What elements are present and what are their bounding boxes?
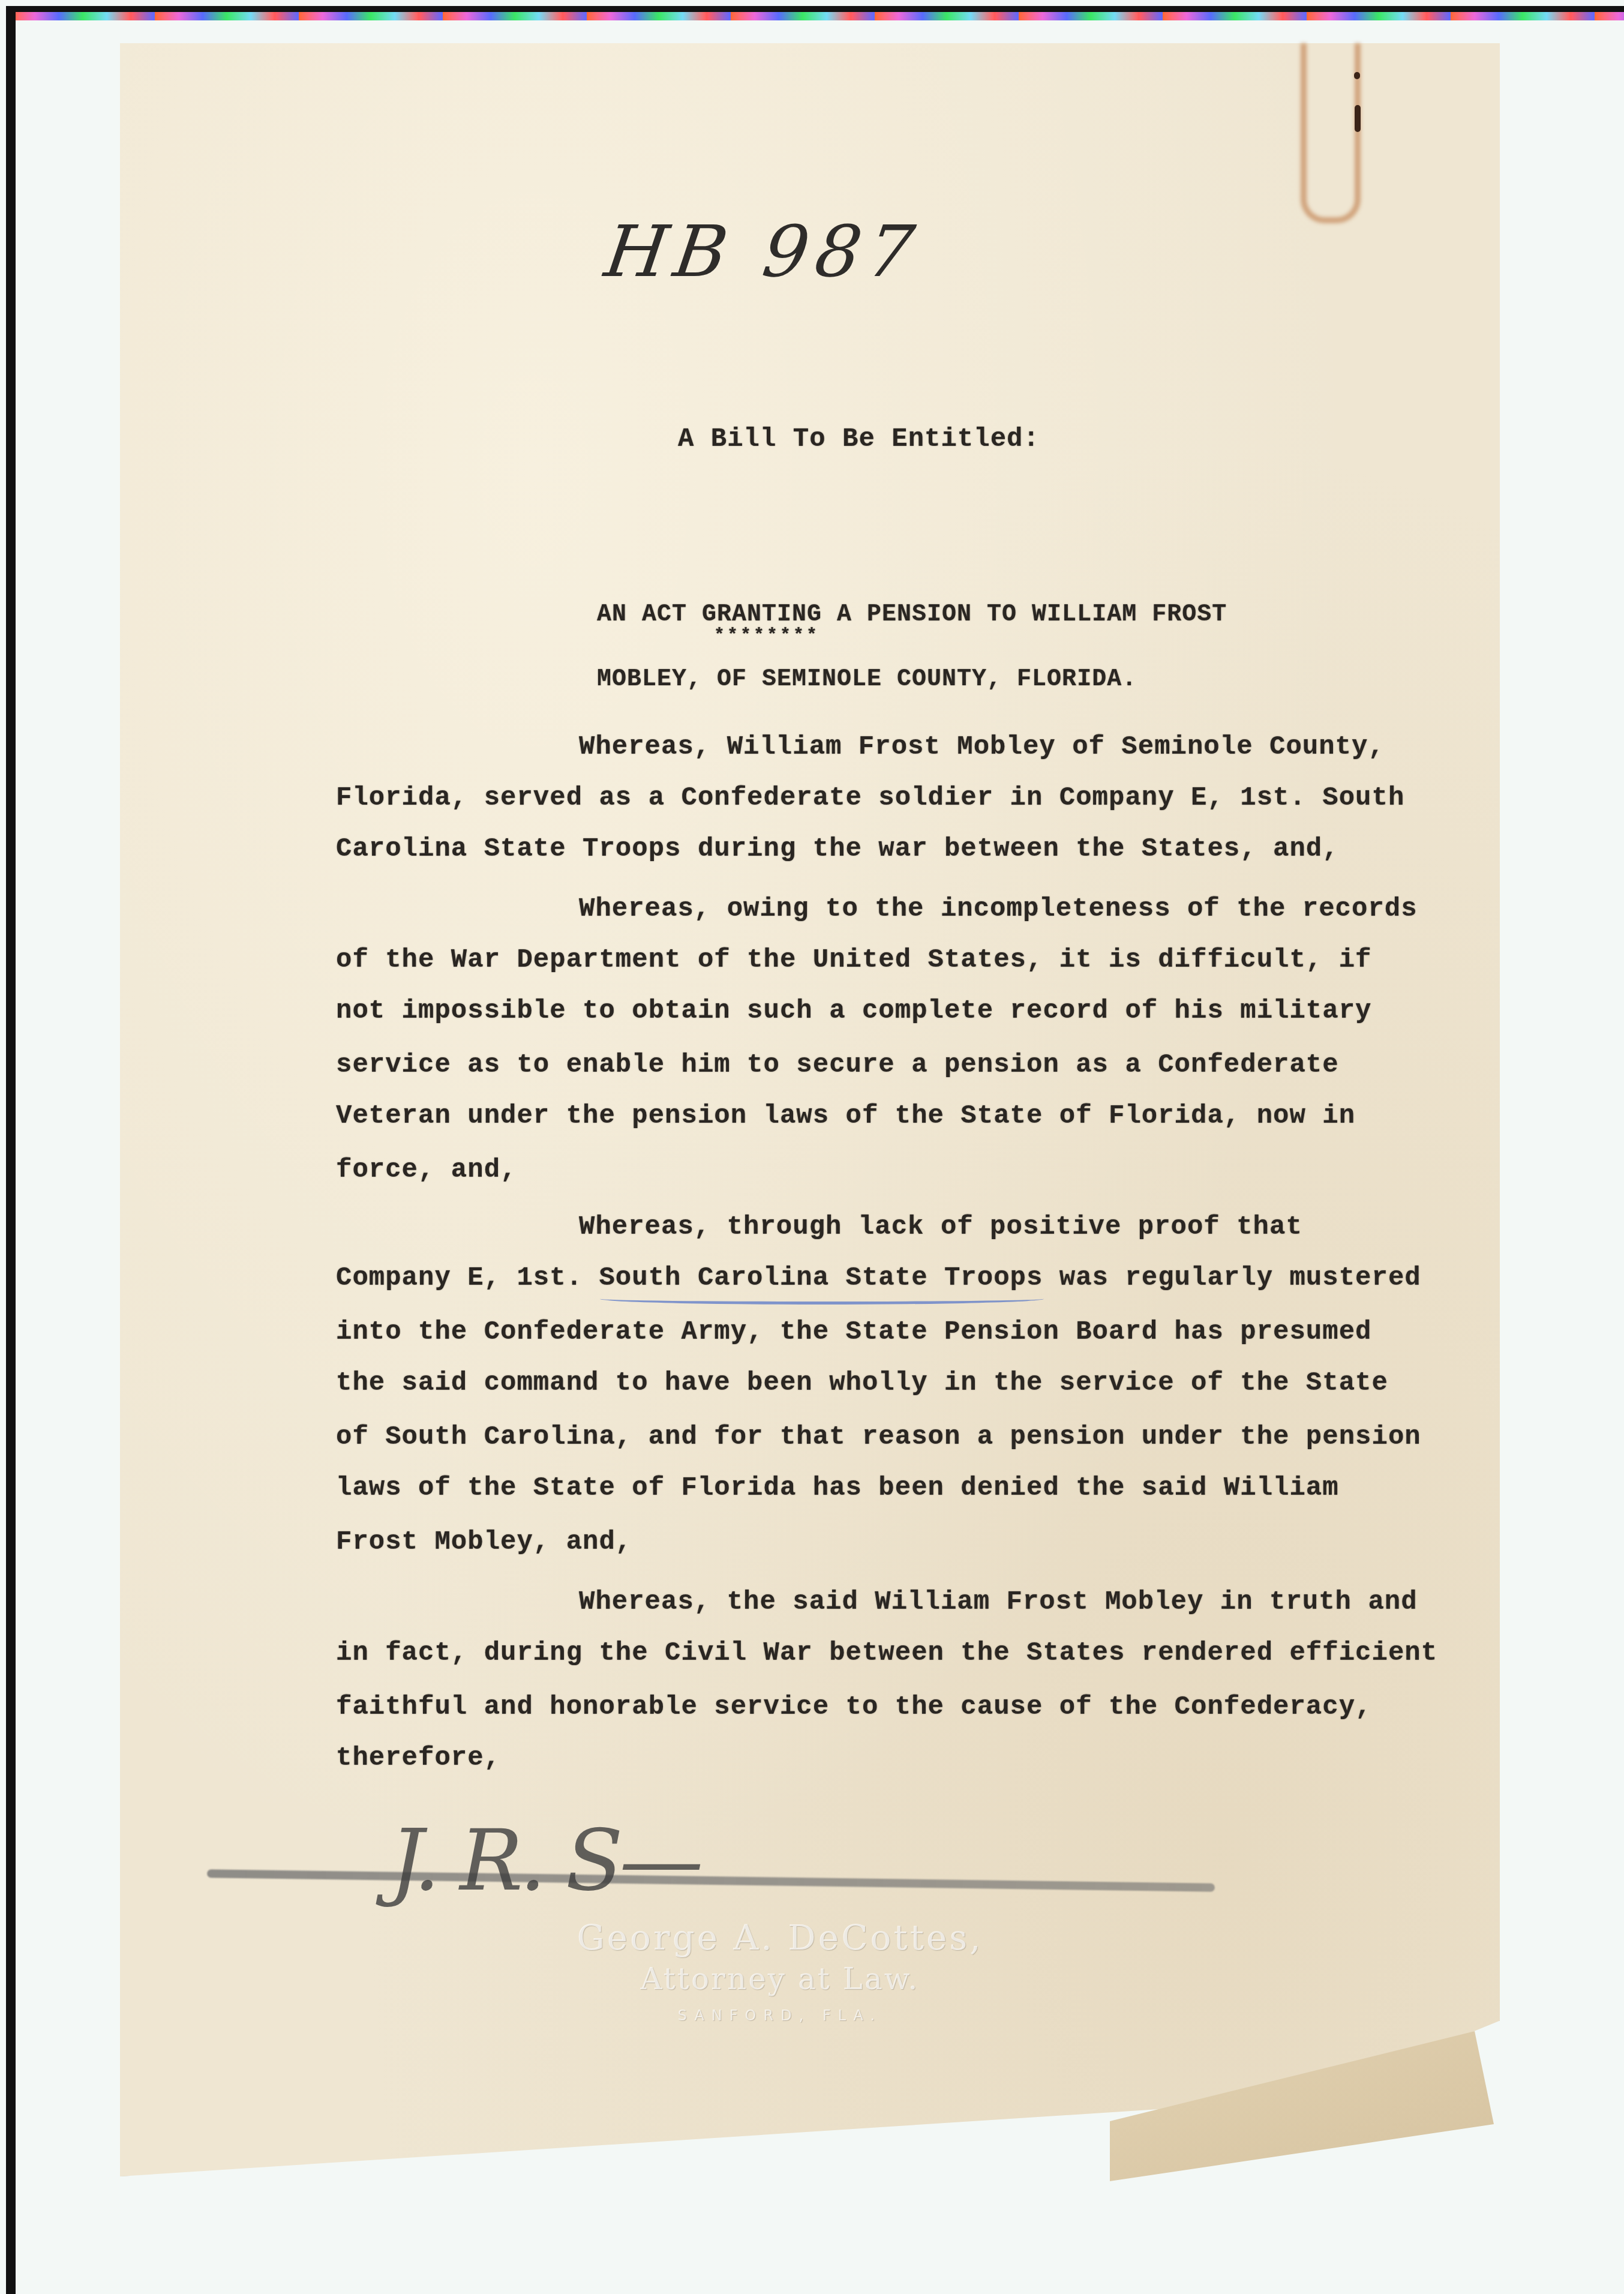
bill-heading: A Bill To Be Entitled: <box>678 421 1040 457</box>
handwritten-bill-number: HB 987 <box>600 210 926 293</box>
rust-spot <box>1354 72 1360 79</box>
body-line: the said command to have been wholly in … <box>336 1365 1388 1401</box>
body-line: Whereas, William Frost Mobley of Seminol… <box>579 729 1385 765</box>
blue-pencil-underline <box>600 1293 1044 1305</box>
body-line: Whereas, the said William Frost Mobley i… <box>579 1584 1418 1620</box>
color-calibration-strip <box>11 12 1624 20</box>
scanner-left-border <box>6 8 16 2294</box>
act-title: AN ACT GRANTING A PENSION TO WILLIAM FRO… <box>597 561 1227 712</box>
act-title-line: MOBLEY, OF SEMINOLE COUNTY, FLORIDA. <box>597 669 1227 691</box>
body-line: into the Confederate Army, the State Pen… <box>336 1314 1371 1350</box>
letterhead-city: SANFORD, FLA. <box>540 2007 1020 2024</box>
letterhead-title: Attorney at Law. <box>540 1962 1020 1996</box>
embossed-letterhead: George A. DeCottes, Attorney at Law. SAN… <box>540 1917 1020 2024</box>
letterhead-name: George A. DeCottes, <box>540 1917 1020 1958</box>
separator-stars: ******** <box>714 624 819 648</box>
body-line: in fact, during the Civil War between th… <box>336 1635 1437 1671</box>
body-line: of South Carolina, and for that reason a… <box>336 1419 1421 1455</box>
body-line: therefore, <box>336 1740 500 1776</box>
body-line: of the War Department of the United Stat… <box>336 942 1371 978</box>
body-line: Frost Mobley, and, <box>336 1524 632 1560</box>
signature: J. R. S— <box>390 1812 700 1910</box>
body-line: faithful and honorable service to the ca… <box>336 1689 1371 1725</box>
body-line: Florida, served as a Confederate soldier… <box>336 780 1404 816</box>
scanner-top-border <box>6 6 1624 12</box>
body-line: Carolina State Troops during the war bet… <box>336 831 1339 867</box>
body-line: Whereas, owing to the incompleteness of … <box>579 891 1418 927</box>
body-line: service as to enable him to secure a pen… <box>336 1047 1339 1083</box>
body-line: Company E, 1st. South Carolina State Tro… <box>336 1260 1421 1296</box>
paperclip-rust-stain-icon <box>1301 43 1361 223</box>
body-line: Veteran under the pension laws of the St… <box>336 1098 1355 1134</box>
rust-spot <box>1355 105 1361 132</box>
body-line: laws of the State of Florida has been de… <box>336 1470 1339 1506</box>
body-line: force, and, <box>336 1152 517 1188</box>
act-title-line: AN ACT GRANTING A PENSION TO WILLIAM FRO… <box>597 604 1227 626</box>
body-line: Whereas, through lack of positive proof … <box>579 1209 1302 1245</box>
body-line: not impossible to obtain such a complete… <box>336 993 1371 1029</box>
